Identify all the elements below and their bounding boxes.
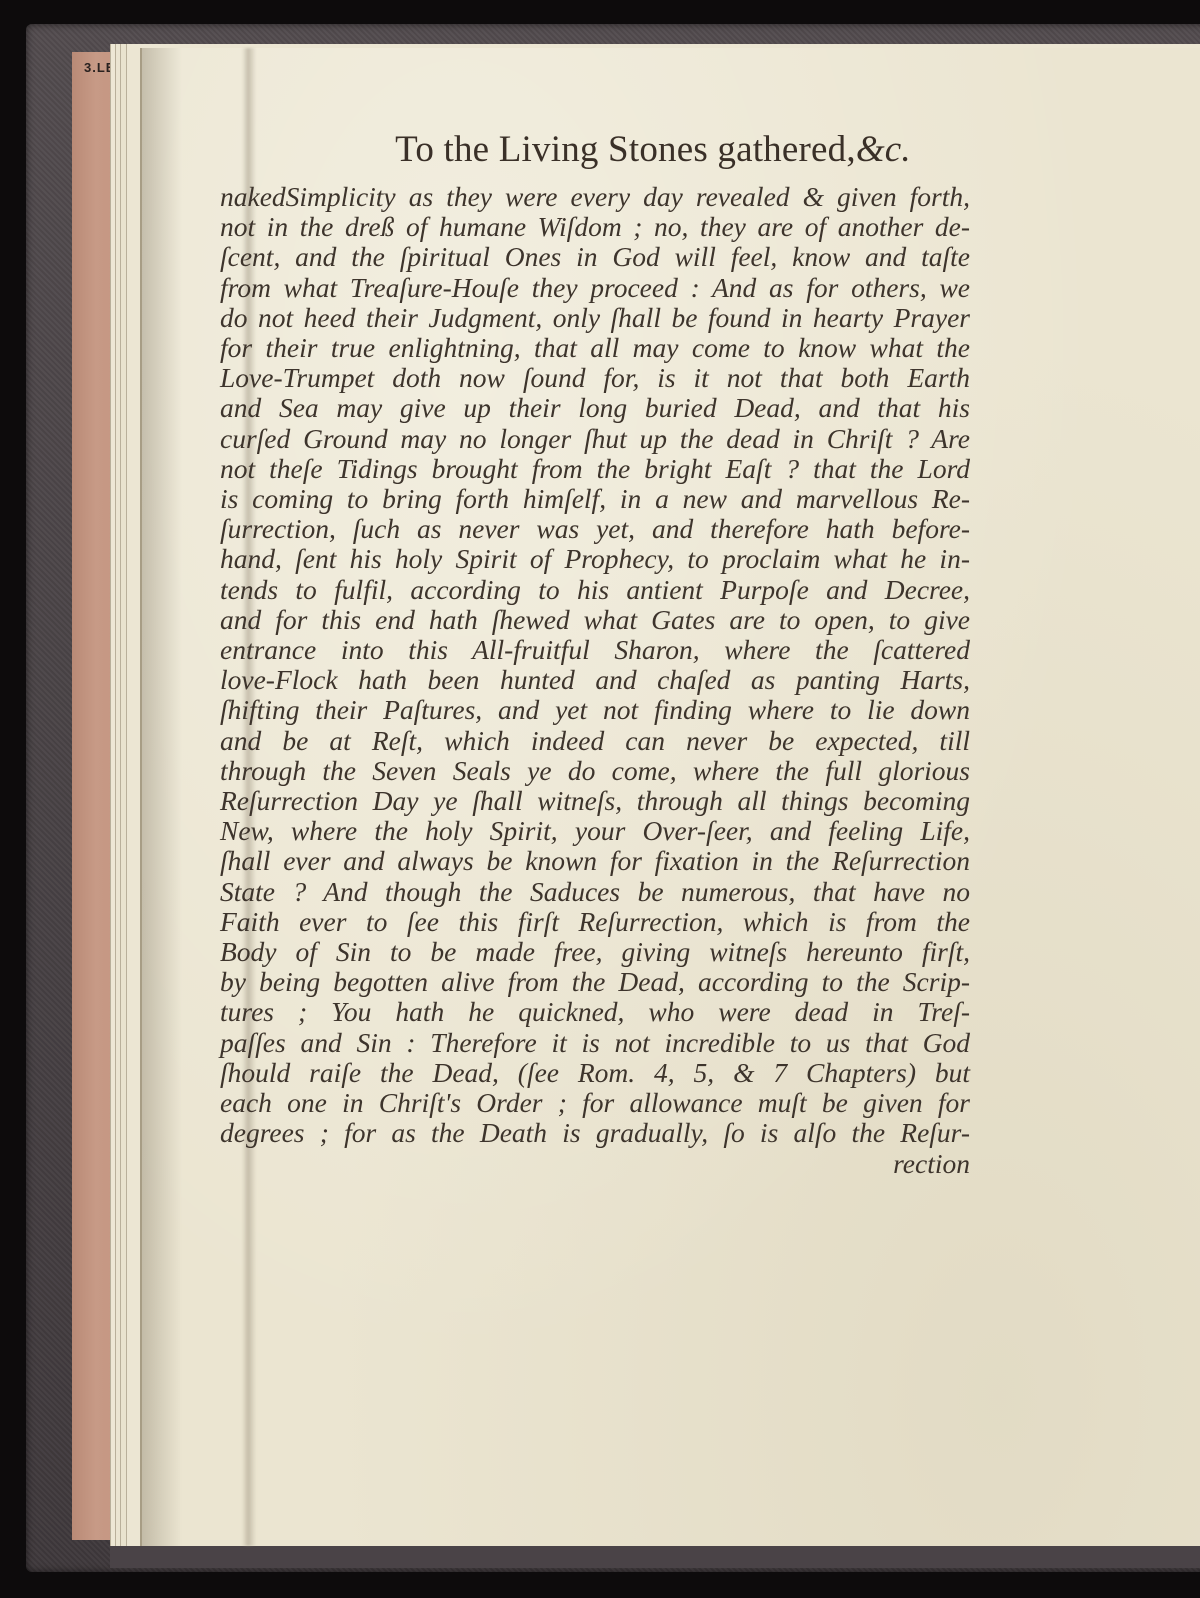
text-line: New, where the holy Spirit, your Over-ſe… [220,816,970,846]
text-line: each one in Chriſt's Order ; for allowan… [220,1088,970,1118]
running-head-title: To the Living Stones gathered, [395,129,856,170]
text-line: tures ; You hath he quickned, who were d… [220,997,970,1027]
text-line: by being begotten alive from the Dead, a… [220,967,970,997]
text-line: entrance into this All-fruitful Sharon, … [220,635,970,665]
text-line: tends to fulfil, according to his antien… [220,575,970,605]
text-line: not theſe Tidings brought from the brigh… [220,454,970,484]
text-line: and Sea may give up their long buried De… [220,393,970,423]
text-line: from what Treaſure-Houſe they proceed : … [220,273,970,303]
text-line: is coming to bring forth himſelf, in a n… [220,484,970,514]
text-line: ſhould raiſe the Dead, (ſee Rom. 4, 5, &… [220,1058,970,1088]
text-line: for their true enlightning, that all may… [220,333,970,363]
text-line: hand, ſent his holy Spirit of Prophecy, … [220,544,970,574]
text-line: and be at Reſt, which indeed can never b… [220,726,970,756]
cover-bottom-edge [110,1546,1200,1568]
text-line: do not heed their Judgment, only ſhall b… [220,303,970,333]
text-line: not in the dreß of humane Wiſdom ; no, t… [220,212,970,242]
text-line: Reſurrection Day ye ſhall witneſs, throu… [220,786,970,816]
text-line: Body of Sin to be made free, giving witn… [220,937,970,967]
text-line: Love-Trumpet doth now ſound for, is it n… [220,363,970,393]
body-text: nakedSimplicity as they were every day r… [220,182,970,1179]
text-line: and for this end hath ſhewed what Gates … [220,605,970,635]
text-line: ſhifting their Paſtures, and yet not fin… [220,695,970,725]
catchword: rection [220,1149,970,1179]
text-line: love-Flock hath been hunted and chaſed a… [220,665,970,695]
text-line: ſhall ever and always be known for fixat… [220,846,970,876]
text-line: paſſes and Sin : Therefore it is not inc… [220,1028,970,1058]
text-line: ſurrection, ſuch as never was yet, and t… [220,514,970,544]
gutter-shadow [142,48,182,1546]
text-line: Faith ever to ſee this firſt Reſurrectio… [220,907,970,937]
text-line: nakedSimplicity as they were every day r… [220,182,970,212]
text-line: ſcent, and the ſpiritual Ones in God wil… [220,242,970,272]
text-line: through the Seven Seals ye do come, wher… [220,756,970,786]
text-line: degrees ; for as the Death is gradually,… [220,1118,970,1148]
text-line: State ? And though the Saduces be numero… [220,877,970,907]
running-head: To the Living Stones gathered,&c. [313,128,993,171]
running-head-etc: &c. [856,129,911,170]
text-line: curſed Ground may no longer ſhut up the … [220,424,970,454]
